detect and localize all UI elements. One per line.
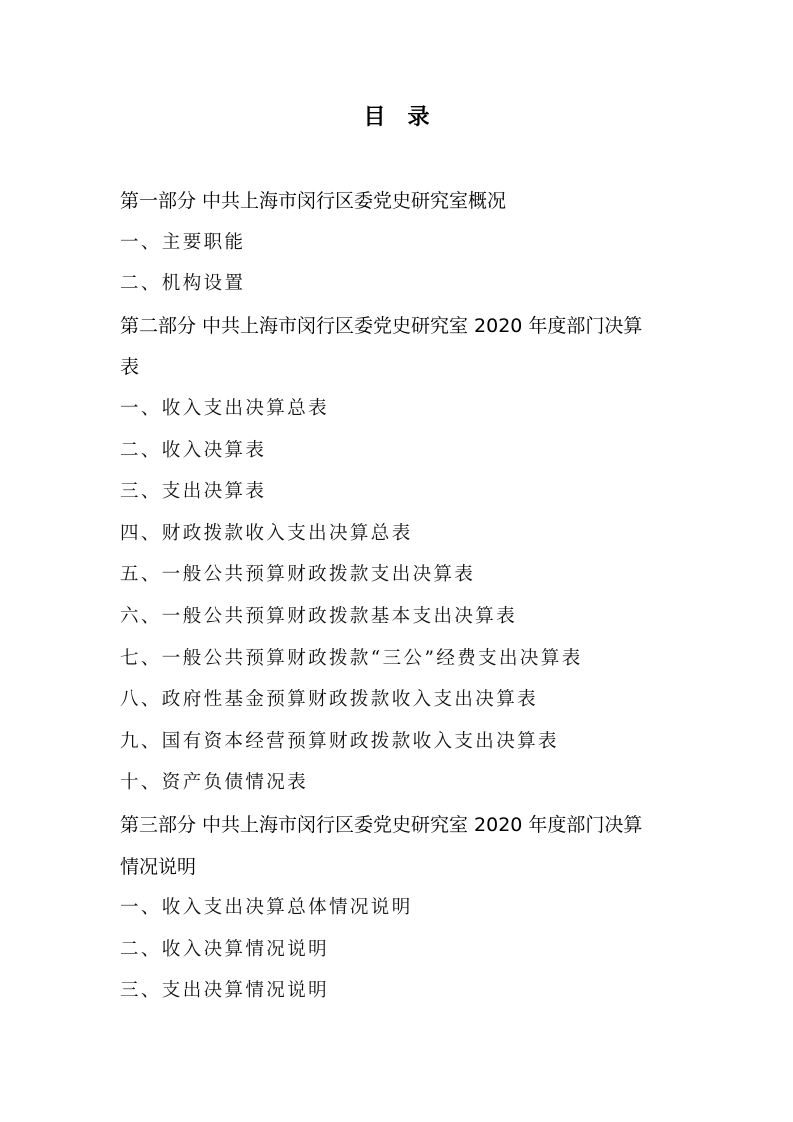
toc-entry[interactable]: 六、一般公共预算财政拨款基本支出决算表 xyxy=(120,603,690,645)
part-title-post: 年度部门决算 xyxy=(528,814,642,836)
part-2-heading[interactable]: 第二部分中共上海市闵行区委党史研究室2020年度部门决算 xyxy=(120,312,690,354)
toc-entry[interactable]: 二、收入决算表 xyxy=(120,437,690,479)
part-title-pre: 中共上海市闵行区委党史研究室 xyxy=(202,814,468,836)
part-year: 2020 xyxy=(474,315,522,337)
part-3-heading[interactable]: 第三部分中共上海市闵行区委党史研究室2020年度部门决算 xyxy=(120,811,690,853)
part-title-pre: 中共上海市闵行区委党史研究室 xyxy=(202,315,468,337)
part-label: 第二部分 xyxy=(120,315,196,337)
part-2-heading-cont[interactable]: 表 xyxy=(120,353,690,395)
toc-entry[interactable]: 十、资产负债情况表 xyxy=(120,769,690,811)
table-of-contents: 第一部分中共上海市闵行区委党史研究室概况 一、主要职能 二、机构设置 第二部分中… xyxy=(120,187,690,1019)
toc-entry[interactable]: 五、一般公共预算财政拨款支出决算表 xyxy=(120,561,690,603)
toc-entry[interactable]: 九、国有资本经营预算财政拨款收入支出决算表 xyxy=(120,728,690,770)
part-title-post: 年度部门决算 xyxy=(528,315,642,337)
part-1-heading[interactable]: 第一部分中共上海市闵行区委党史研究室概况 xyxy=(120,187,690,229)
toc-title: 目录 xyxy=(0,104,793,132)
toc-entry[interactable]: 三、支出决算表 xyxy=(120,478,690,520)
toc-title-char-2: 录 xyxy=(408,104,430,132)
part-label: 第一部分 xyxy=(120,190,196,212)
toc-entry[interactable]: 二、收入决算情况说明 xyxy=(120,936,690,978)
toc-entry[interactable]: 四、财政拨款收入支出决算总表 xyxy=(120,520,690,562)
toc-entry[interactable]: 一、收入支出决算总体情况说明 xyxy=(120,894,690,936)
toc-entry[interactable]: 三、支出决算情况说明 xyxy=(120,977,690,1019)
part-label: 第三部分 xyxy=(120,814,196,836)
part-3-heading-cont[interactable]: 情况说明 xyxy=(120,853,690,895)
toc-entry[interactable]: 一、收入支出决算总表 xyxy=(120,395,690,437)
toc-title-char-1: 目 xyxy=(363,104,385,132)
part-year: 2020 xyxy=(474,814,522,836)
toc-entry[interactable]: 二、机构设置 xyxy=(120,270,690,312)
toc-entry[interactable]: 八、政府性基金预算财政拨款收入支出决算表 xyxy=(120,686,690,728)
part-title: 中共上海市闵行区委党史研究室概况 xyxy=(202,190,506,212)
toc-entry[interactable]: 七、一般公共预算财政拨款“三公”经费支出决算表 xyxy=(120,645,690,687)
toc-entry[interactable]: 一、主要职能 xyxy=(120,229,690,271)
